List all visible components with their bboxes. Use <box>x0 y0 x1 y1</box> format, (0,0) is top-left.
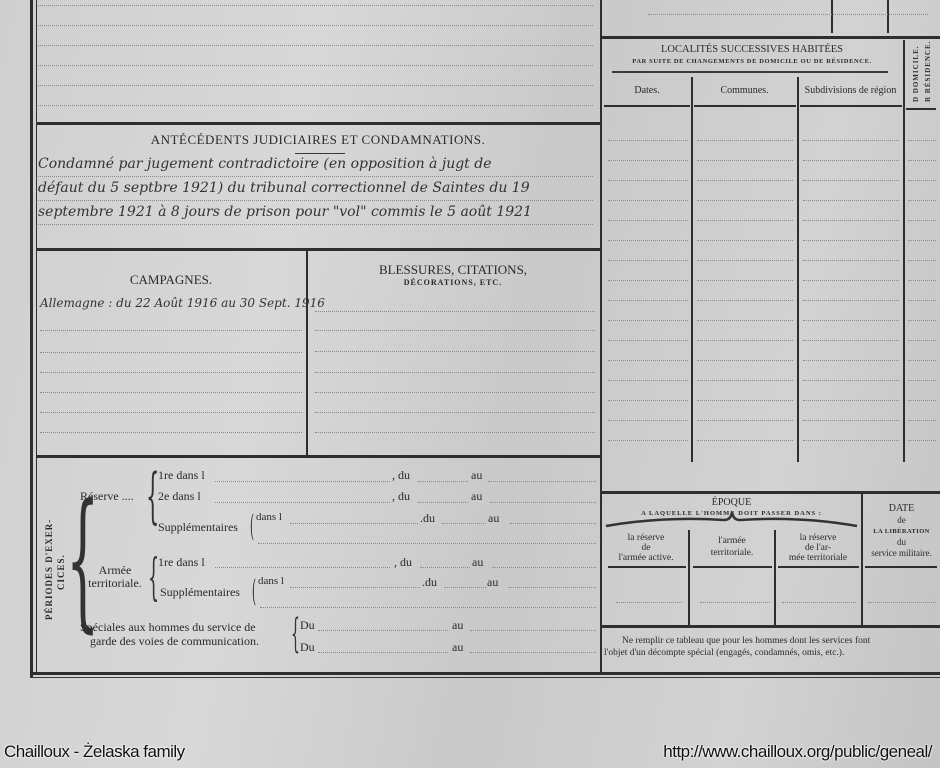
section-divider <box>602 491 940 494</box>
armee-supp-field-2[interactable] <box>260 607 596 608</box>
epoque-col-3-line-1: la réserve <box>776 533 860 543</box>
localites-row-field[interactable] <box>908 280 936 281</box>
reserve-row-2-du-field[interactable] <box>418 502 468 503</box>
localites-row-field[interactable] <box>908 220 936 221</box>
epoque-note-1: Ne remplir ce tableau que pour les homme… <box>622 636 940 646</box>
reserve-row-1-au-field[interactable] <box>488 481 596 482</box>
ruled-line <box>40 392 302 393</box>
localites-row-field[interactable] <box>608 400 688 401</box>
header-rule <box>604 105 690 107</box>
antecedents-line-3: septembre 1921 à 8 jours de prison pour … <box>38 204 598 220</box>
localites-row-field[interactable] <box>908 340 936 341</box>
localites-row-field[interactable] <box>908 380 936 381</box>
ruled-line <box>38 105 593 106</box>
header-rule <box>865 566 937 568</box>
armee-supp-label: Supplémentaires <box>160 585 240 600</box>
reserve-supp-au: au <box>488 511 499 526</box>
localites-row-field[interactable] <box>697 400 793 401</box>
localites-row-field[interactable] <box>908 400 936 401</box>
localites-row-field[interactable] <box>908 320 936 321</box>
localites-row-field[interactable] <box>697 380 793 381</box>
ruled-line <box>38 200 593 201</box>
frame-left-outer <box>30 0 33 678</box>
epoque-col-1-line-3: l'armée active. <box>604 553 688 563</box>
antecedents-line-2: défaut du 5 septbre 1921) du tribunal co… <box>38 180 598 196</box>
epoque-col-3-line-3: mée territoriale <box>776 553 860 563</box>
localites-row-field[interactable] <box>608 360 688 361</box>
localites-row-field[interactable] <box>908 260 936 261</box>
localites-row-field[interactable] <box>697 240 793 241</box>
armee-row-1-label: 1re dans l <box>158 555 205 570</box>
localites-row-field[interactable] <box>803 360 899 361</box>
ruled-line <box>315 372 595 373</box>
date-col-line-1: DATE <box>863 503 940 514</box>
localites-row-field[interactable] <box>608 260 688 261</box>
epoque-col-2-line-2: territoriale. <box>690 548 774 558</box>
localites-row-field[interactable] <box>803 200 899 201</box>
localites-row-field[interactable] <box>908 160 936 161</box>
ruled-line <box>40 352 302 353</box>
reserve-row-1-du: , du <box>392 468 410 483</box>
localites-row-field[interactable] <box>608 160 688 161</box>
localites-row-field[interactable] <box>908 300 936 301</box>
ruled-line <box>315 311 595 312</box>
localites-row-field[interactable] <box>803 320 899 321</box>
localites-row-field[interactable] <box>908 200 936 201</box>
localites-row-field[interactable] <box>697 160 793 161</box>
localites-row-field[interactable] <box>803 140 899 141</box>
localites-row-field[interactable] <box>697 440 793 441</box>
speciales-label-2: garde des voies de communication. <box>90 634 259 649</box>
localites-row-field[interactable] <box>697 280 793 281</box>
reserve-row-2-au: au <box>471 489 482 504</box>
speciales-label-1: Spéciales aux hommes du service de <box>80 620 256 635</box>
ruled-line <box>38 65 593 66</box>
reserve-row-2-label: 2e dans l <box>158 489 201 504</box>
ruled-line <box>38 45 593 46</box>
date-col-line-4: du <box>863 537 940 547</box>
antecedents-title: ANTÉCÉDENTS JUDICIAIRES ET CONDAMNATIONS… <box>36 132 600 148</box>
speciales-row-2-au: au <box>452 640 463 655</box>
localites-row-field[interactable] <box>697 360 793 361</box>
column-divider <box>600 0 602 672</box>
localites-title: LOCALITÉS SUCCESSIVES HABITÉES <box>602 44 902 55</box>
main-brace: { <box>66 485 99 635</box>
localites-row-field[interactable] <box>803 440 899 441</box>
reserve-row-1-field[interactable] <box>215 481 390 482</box>
localites-col-divider <box>903 40 905 462</box>
localites-row-field[interactable] <box>608 320 688 321</box>
localites-row-field[interactable] <box>803 340 899 341</box>
frame-bottom <box>30 672 940 675</box>
localites-row-field[interactable] <box>697 220 793 221</box>
localites-row-field[interactable] <box>803 380 899 381</box>
reserve-supp-du: .du <box>420 511 435 526</box>
armee-supp-brace: ( <box>252 577 256 607</box>
localites-row-field[interactable] <box>908 420 936 421</box>
title-rule <box>612 71 888 73</box>
localites-row-field[interactable] <box>803 420 899 421</box>
section-divider <box>602 625 940 628</box>
localites-row-field[interactable] <box>608 220 688 221</box>
localites-row-field[interactable] <box>803 400 899 401</box>
localites-row-field[interactable] <box>803 240 899 241</box>
localites-row-field[interactable] <box>908 440 936 441</box>
epoque-title: ÉPOQUE <box>604 497 859 508</box>
localites-residence: R RÉSIDENCE. <box>924 41 932 102</box>
localites-row-field[interactable] <box>608 380 688 381</box>
ruled-line <box>40 432 302 433</box>
epoque-col-2-line-1: l'armée <box>690 536 774 546</box>
speciales-row-1-du: Du <box>300 618 315 633</box>
armee-supp-du: .du <box>422 575 437 590</box>
blessures-title: BLESSURES, CITATIONS, <box>308 262 598 278</box>
ruled-line <box>40 330 302 331</box>
frame-bottom-2 <box>30 677 940 678</box>
section-divider <box>36 455 600 458</box>
frame-left-inner <box>36 0 37 672</box>
ruled-line <box>315 392 595 393</box>
ruled-line <box>38 176 593 177</box>
localites-row-field[interactable] <box>608 340 688 341</box>
speciales-row-1-du-field[interactable] <box>318 630 448 631</box>
reserve-row-2-au-field[interactable] <box>490 502 596 503</box>
armee-row-1-au: au <box>472 555 483 570</box>
armee-row-1-au-field[interactable] <box>492 567 596 568</box>
reserve-supp-field-2[interactable] <box>258 543 596 544</box>
reserve-row-2-du: , du <box>392 489 410 504</box>
localites-col-communes: Communes. <box>693 85 796 96</box>
reserve-row-1-label: 1re dans l <box>158 468 205 483</box>
armee-supp-field[interactable] <box>290 587 420 588</box>
reserve-supp-au-field[interactable] <box>510 523 596 524</box>
reserve-label: Réserve .... <box>80 489 134 504</box>
localites-row-field[interactable] <box>803 280 899 281</box>
speciales-row-2-du-field[interactable] <box>318 652 448 653</box>
title-underline <box>295 153 345 154</box>
campagnes-title: CAMPAGNES. <box>36 272 306 288</box>
ruled-line <box>38 25 593 26</box>
epoque-col-1-line-1: la réserve <box>604 533 688 543</box>
antecedents-line-1: Condamné par jugement contradictoire (en… <box>38 156 598 172</box>
epoque-field[interactable] <box>616 602 682 603</box>
localites-domicile: D DOMICILE. <box>912 45 920 102</box>
localites-row-field[interactable] <box>803 160 899 161</box>
localites-row-field[interactable] <box>608 280 688 281</box>
localites-row-field[interactable] <box>608 440 688 441</box>
blessures-subtitle: DÉCORATIONS, ETC. <box>308 278 598 287</box>
epoque-col-3-line-2: de l'ar- <box>776 543 860 553</box>
header-rule <box>906 108 936 110</box>
localites-row-field[interactable] <box>803 260 899 261</box>
ruled-line <box>38 224 593 225</box>
localites-row-field[interactable] <box>608 240 688 241</box>
armee-supp-au-field[interactable] <box>508 587 596 588</box>
localites-row-field[interactable] <box>697 320 793 321</box>
date-col-line-3: LA LIBÉRATION <box>863 528 940 535</box>
epoque-col-1-line-2: de <box>604 543 688 553</box>
reserve-supp-field[interactable] <box>290 523 418 524</box>
speciales-row-1-au-field[interactable] <box>470 630 596 631</box>
armee-supp-sub: dans l <box>258 575 284 587</box>
reserve-supp-du-field[interactable] <box>442 523 486 524</box>
campagnes-entry: Allemagne : du 22 Août 1916 au 30 Sept. … <box>40 296 305 310</box>
ruled-line <box>315 432 595 433</box>
top-right-divider <box>887 0 889 33</box>
localites-row-field[interactable] <box>697 260 793 261</box>
localites-col-dates: Dates. <box>604 85 690 96</box>
reserve-supp-sub: dans l <box>256 511 282 523</box>
localites-subtitle: PAR SUITE DE CHANGEMENTS DE DOMICILE OU … <box>602 58 902 65</box>
localites-col-subdivisions: Subdivisions de région <box>799 85 902 96</box>
armee-supp-du-field[interactable] <box>444 587 486 588</box>
localites-row-field[interactable] <box>908 180 936 181</box>
header-rule <box>800 105 902 107</box>
date-col-line-5: service militaire. <box>863 548 940 558</box>
localites-row-field[interactable] <box>803 300 899 301</box>
reserve-row-2-field[interactable] <box>215 502 390 503</box>
localites-row-field[interactable] <box>908 360 936 361</box>
ruled-line <box>38 85 593 86</box>
localites-col-divider <box>797 77 799 462</box>
localites-row-field[interactable] <box>697 200 793 201</box>
watermark-url[interactable]: http://www.chailloux.org/public/geneal/ <box>663 742 932 762</box>
reserve-row-1-au: au <box>471 468 482 483</box>
epoque-brace <box>604 508 859 528</box>
section-divider <box>36 248 600 251</box>
epoque-field[interactable] <box>782 602 856 603</box>
armee-label-2: territoriale. <box>80 576 150 591</box>
localites-row-field[interactable] <box>608 140 688 141</box>
speciales-row-2-au-field[interactable] <box>470 652 596 653</box>
armee-row-1-du-field[interactable] <box>420 567 470 568</box>
armee-row-1-du: , du <box>394 555 412 570</box>
speciales-row-2-du: Du <box>300 640 315 655</box>
section-divider <box>36 122 600 125</box>
epoque-field[interactable] <box>700 602 770 603</box>
localites-row-field[interactable] <box>908 240 936 241</box>
speciales-row-1-au: au <box>452 618 463 633</box>
localites-row-field[interactable] <box>608 180 688 181</box>
localites-row-field[interactable] <box>697 340 793 341</box>
section-divider <box>602 36 940 39</box>
localites-row-field[interactable] <box>803 180 899 181</box>
localites-row-field[interactable] <box>697 420 793 421</box>
localites-row-field[interactable] <box>803 220 899 221</box>
header-rule <box>693 566 772 568</box>
top-right-divider <box>831 0 833 33</box>
ruled-line <box>315 412 595 413</box>
localites-row-field[interactable] <box>608 200 688 201</box>
periodes-label-2: CICES. <box>56 554 66 590</box>
ruled-line <box>38 5 593 6</box>
localites-row-field[interactable] <box>697 140 793 141</box>
localites-col-divider <box>691 77 693 462</box>
epoque-note-2: l'objet d'un décompte spécial (engagés, … <box>604 648 940 658</box>
ruled-line <box>315 351 595 352</box>
armee-row-1-field[interactable] <box>215 567 390 568</box>
date-col-line-2: de <box>863 515 940 525</box>
localites-row-field[interactable] <box>608 420 688 421</box>
reserve-supp-brace: ( <box>250 512 254 542</box>
ruled-line <box>40 372 302 373</box>
header-rule <box>694 105 796 107</box>
watermark-family: Chailloux - Żelaska family <box>4 742 185 762</box>
ruled-line <box>648 14 928 15</box>
periodes-label-1: PÉRIODES D'EXER- <box>44 519 54 620</box>
localites-row-field[interactable] <box>697 300 793 301</box>
ruled-line <box>40 412 302 413</box>
speciales-brace: { <box>291 614 300 654</box>
localites-row-field[interactable] <box>908 140 936 141</box>
ruled-line <box>315 330 595 331</box>
localites-row-field[interactable] <box>697 180 793 181</box>
reserve-supp-label: Supplémentaires <box>158 520 238 535</box>
header-rule <box>778 566 859 568</box>
reserve-row-1-du-field[interactable] <box>418 481 468 482</box>
localites-row-field[interactable] <box>608 300 688 301</box>
armee-supp-au: au <box>487 575 498 590</box>
epoque-field[interactable] <box>868 602 936 603</box>
header-rule <box>608 566 686 568</box>
